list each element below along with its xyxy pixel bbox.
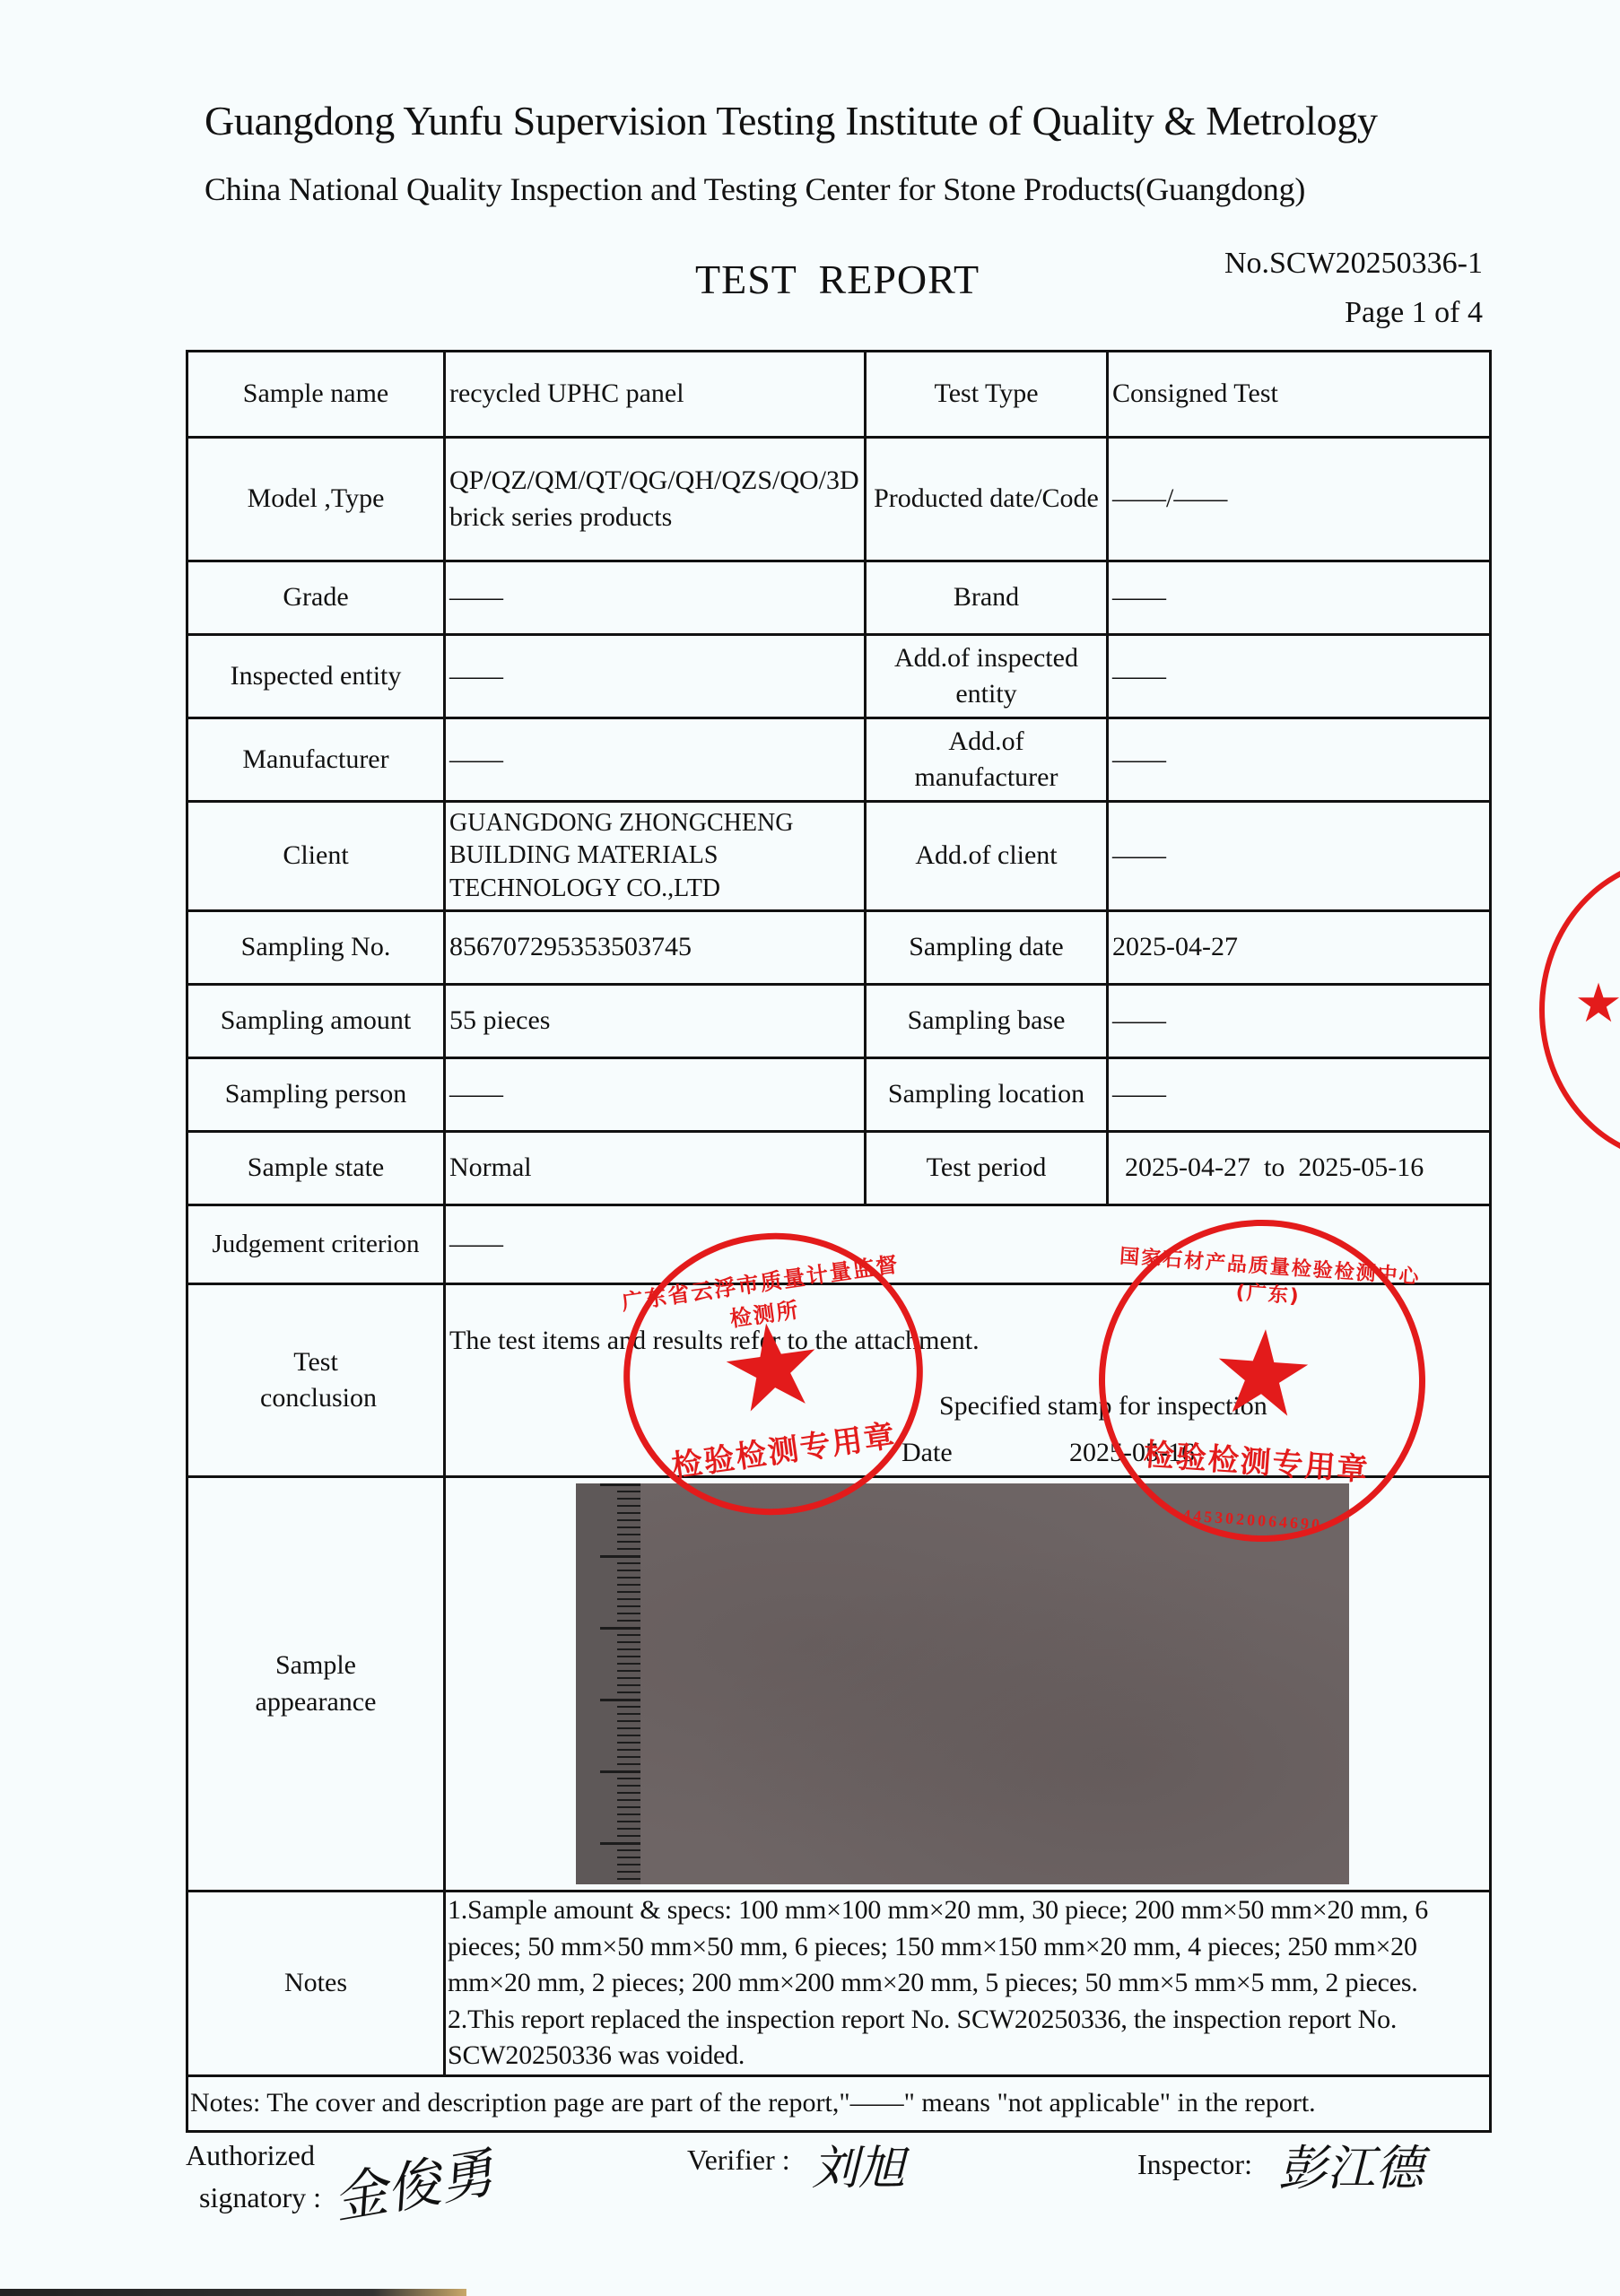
table-row: Sampling amount 55 pieces Sampling base … [187, 985, 1491, 1058]
label-sample-appearance: Sample appearance [187, 1477, 445, 1892]
value-producted-date: ——/—— [1108, 438, 1491, 561]
conclusion-text: The test items and results refer to the … [449, 1323, 980, 1360]
label-test-period: Test period [866, 1132, 1108, 1205]
footer-note: Notes: The cover and description page ar… [187, 2075, 1491, 2131]
value-brand: —— [1108, 561, 1491, 635]
institute-name: Guangdong Yunfu Supervision Testing Inst… [205, 97, 1378, 144]
label-add-inspected-entity: Add.of inspected entity [866, 635, 1108, 718]
table-row: Model ,Type QP/QZ/QM/QT/QG/QH/QZS/QO/3D … [187, 438, 1491, 561]
table-row: Sampling person —— Sampling location —— [187, 1058, 1491, 1132]
label-notes: Notes [187, 1892, 445, 2076]
inspector-signature: 彭江德 [1278, 2130, 1424, 2199]
value-test-period: 2025-04-27 to 2025-05-16 [1108, 1132, 1491, 1205]
value-sample-name: recycled UPHC panel [445, 352, 866, 438]
page-number: Page 1 of 4 [1345, 296, 1483, 330]
date-label: Date [901, 1435, 953, 1472]
label-judgement-criterion: Judgement criterion [187, 1205, 445, 1284]
table-row: Grade —— Brand —— [187, 561, 1491, 635]
label-client: Client [187, 802, 445, 911]
report-title: TEST REPORT [695, 256, 980, 303]
table-row: Manufacturer —— Add.of manufacturer —— [187, 718, 1491, 802]
value-client: GUANGDONG ZHONGCHENG BUILDING MATERIALS … [445, 802, 866, 911]
authorized-signature: 金俊勇 [327, 2130, 499, 2234]
table-row: Test conclusion The test items and resul… [187, 1284, 1491, 1477]
value-sample-state: Normal [445, 1132, 866, 1205]
label-sampling-no: Sampling No. [187, 911, 445, 985]
value-model-type: QP/QZ/QM/QT/QG/QH/QZS/QO/3D brick series… [445, 438, 866, 561]
report-table: Sample name recycled UPHC panel Test Typ… [186, 350, 1492, 2133]
authorized-label-2: signatory : [199, 2181, 321, 2214]
scan-edge [0, 2289, 466, 2296]
note-line-1: 1.Sample amount & specs: 100 mm×100 mm×2… [448, 1892, 1487, 2002]
center-name: China National Quality Inspection and Te… [205, 170, 1305, 208]
verifier-label: Verifier : [687, 2144, 790, 2177]
table-row: Client GUANGDONG ZHONGCHENG BUILDING MAT… [187, 802, 1491, 911]
table-row: Sample appearance [187, 1477, 1491, 1892]
label-producted-date: Producted date/Code [866, 438, 1108, 561]
sample-photo [576, 1483, 1349, 1884]
label-sampling-base: Sampling base [866, 985, 1108, 1058]
value-add-manufacturer: —— [1108, 718, 1491, 802]
value-sampling-date: 2025-04-27 [1108, 911, 1491, 985]
table-row: Sample name recycled UPHC panel Test Typ… [187, 352, 1491, 438]
value-judgement-criterion: —— [445, 1205, 1491, 1284]
table-row: Sample state Normal Test period 2025-04-… [187, 1132, 1491, 1205]
ruler-icon [576, 1483, 640, 1884]
label-sampling-location: Sampling location [866, 1058, 1108, 1132]
value-sampling-no: 856707295353503745 [445, 911, 866, 985]
value-manufacturer: —— [445, 718, 866, 802]
label-sampling-person: Sampling person [187, 1058, 445, 1132]
label-test-conclusion: Test conclusion [187, 1284, 445, 1477]
table-row: Inspected entity —— Add.of inspected ent… [187, 635, 1491, 718]
value-inspected-entity: —— [445, 635, 866, 718]
label-add-client: Add.of client [866, 802, 1108, 911]
label-inspected-entity: Inspected entity [187, 635, 445, 718]
value-sampling-amount: 55 pieces [445, 985, 866, 1058]
label-model-type: Model ,Type [187, 438, 445, 561]
value-add-client: —— [1108, 802, 1491, 911]
label-sampling-amount: Sampling amount [187, 985, 445, 1058]
label-brand: Brand [866, 561, 1108, 635]
label-test-type: Test Type [866, 352, 1108, 438]
value-test-type: Consigned Test [1108, 352, 1491, 438]
value-add-inspected-entity: —— [1108, 635, 1491, 718]
label-grade: Grade [187, 561, 445, 635]
stamp-note: Specified stamp for inspection [939, 1388, 1267, 1425]
table-row: Notes 1.Sample amount & specs: 100 mm×10… [187, 1892, 1491, 2076]
table-row: Judgement criterion —— [187, 1205, 1491, 1284]
verifier-signature: 刘旭 [812, 2130, 905, 2197]
test-conclusion: The test items and results refer to the … [446, 1285, 1489, 1475]
label-manufacturer: Manufacturer [187, 718, 445, 802]
label-sampling-date: Sampling date [866, 911, 1108, 985]
label-sample-name: Sample name [187, 352, 445, 438]
date-value: 2025-05-16 [1069, 1435, 1195, 1472]
value-sampling-base: —— [1108, 985, 1491, 1058]
value-grade: —— [445, 561, 866, 635]
value-sampling-person: —— [445, 1058, 866, 1132]
label-sample-state: Sample state [187, 1132, 445, 1205]
authorized-label-1: Authorized [186, 2139, 315, 2172]
table-row: Notes: The cover and description page ar… [187, 2075, 1491, 2131]
inspector-label: Inspector: [1137, 2148, 1252, 2181]
note-line-2: 2.This report replaced the inspection re… [448, 2002, 1487, 2074]
value-sampling-location: —— [1108, 1058, 1491, 1132]
seam-stamp: ★ [1539, 857, 1620, 1163]
star-icon: ★ [1574, 977, 1620, 1031]
table-row: Sampling No. 856707295353503745 Sampling… [187, 911, 1491, 985]
report-number: No.SCW20250336-1 [1224, 247, 1483, 281]
label-add-manufacturer: Add.of manufacturer [866, 718, 1108, 802]
